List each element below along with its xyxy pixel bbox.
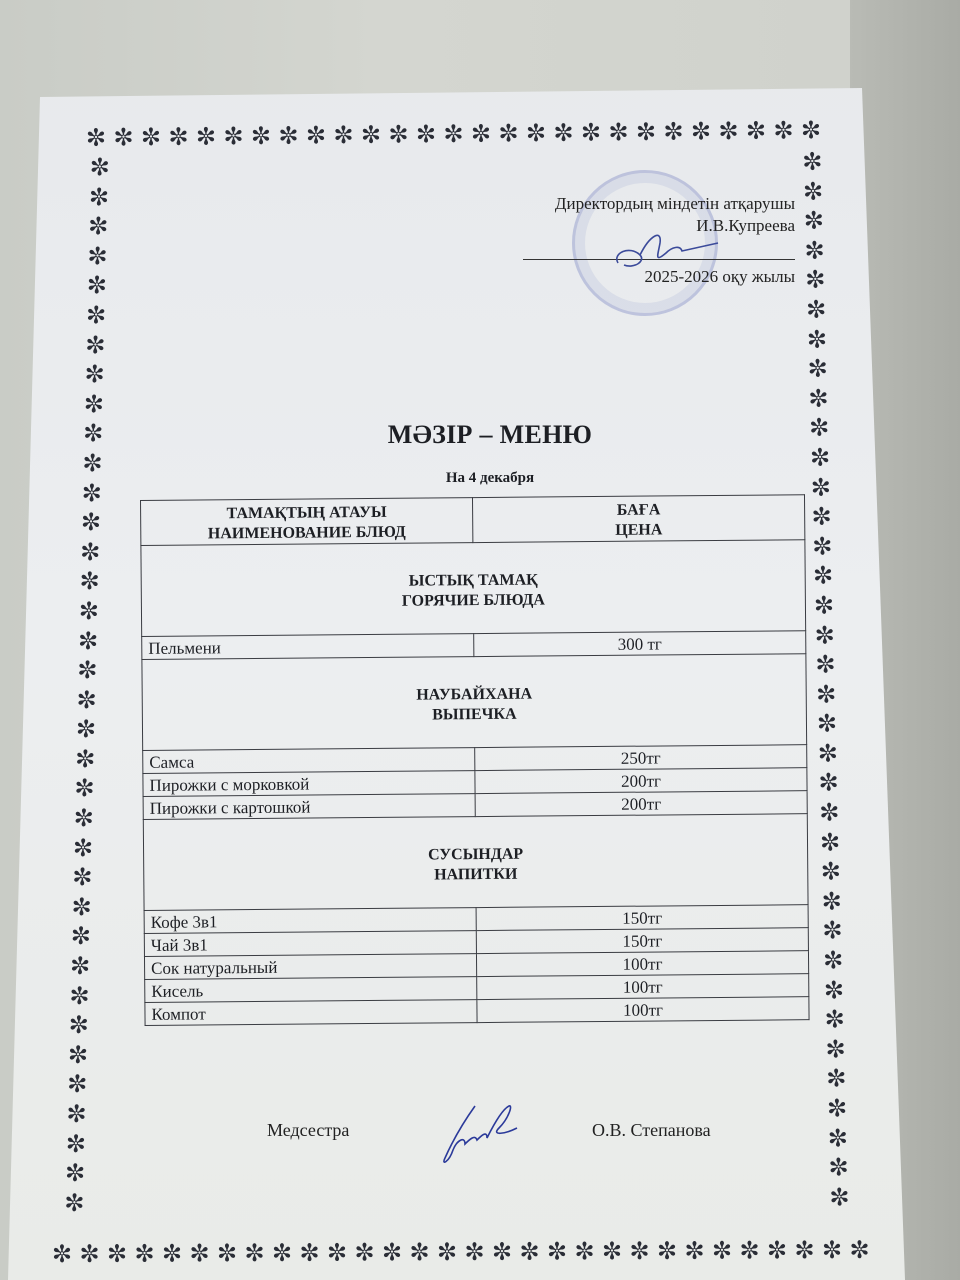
border-star-icon: ✼ (818, 830, 843, 855)
border-star-icon: ✼ (820, 1238, 844, 1262)
border-star-icon: ✼ (812, 623, 837, 648)
border-star-icon: ✼ (66, 1013, 91, 1038)
section-heading: СУСЫНДАРНАПИТКИ (143, 814, 808, 911)
border-star-icon: ✼ (802, 238, 827, 263)
border-star-icon: ✼ (600, 1239, 624, 1263)
border-star-icon: ✼ (76, 628, 101, 653)
border-star-icon: ✼ (86, 214, 111, 239)
border-star-icon: ✼ (815, 741, 840, 766)
signoff-role: Медсестра (267, 1120, 349, 1141)
border-star-icon: ✼ (806, 386, 831, 411)
dish-name: Пирожки с картошкой (143, 794, 475, 820)
border-star-icon: ✼ (221, 124, 245, 148)
table-header-row: ТАМАҚТЫҢ АТАУЫ НАИМЕНОВАНИЕ БЛЮД БАҒА ЦЕ… (141, 495, 805, 546)
border-star-icon: ✼ (810, 534, 835, 559)
page-title: МӘЗІР – МЕНЮ (150, 420, 830, 450)
menu-sheet: ✼✼✼✼✼✼✼✼✼✼✼✼✼✼✼✼✼✼✼✼✼✼✼✼✼✼✼ ✼✼✼✼✼✼✼✼✼✼✼✼… (0, 0, 960, 1280)
header-dish-name-ru: НАИМЕНОВАНИЕ БЛЮД (147, 522, 466, 545)
dish-price: 150тг (476, 928, 808, 954)
border-star-icon: ✼ (79, 510, 104, 535)
border-star-icon: ✼ (847, 1238, 871, 1262)
border-star-icon: ✼ (815, 711, 840, 736)
border-star-icon: ✼ (801, 179, 826, 204)
border-star-icon: ✼ (822, 1007, 847, 1032)
border-star-icon: ✼ (414, 122, 438, 146)
border-star-icon: ✼ (655, 1239, 679, 1263)
border-star-icon: ✼ (359, 123, 383, 147)
border-star-icon: ✼ (462, 1240, 486, 1264)
border-star-icon: ✼ (68, 954, 93, 979)
border-star-icon: ✼ (242, 1241, 266, 1265)
dish-name: Пельмени (142, 634, 474, 660)
border-star-icon: ✼ (331, 123, 355, 147)
border-star-icon: ✼ (50, 1242, 74, 1266)
section-heading-ru: НАПИТКИ (150, 862, 801, 888)
border-star-icon: ✼ (81, 421, 106, 446)
dish-price: 100тг (477, 974, 809, 1000)
decorative-border-right: ✼✼✼✼✼✼✼✼✼✼✼✼✼✼✼✼✼✼✼✼✼✼✼✼✼✼✼✼✼✼✼✼✼✼✼✼ (800, 149, 852, 1209)
border-star-icon: ✼ (634, 120, 658, 144)
section-heading-ru: ГОРЯЧИЕ БЛЮДА (148, 588, 799, 614)
decorative-border-top: ✼✼✼✼✼✼✼✼✼✼✼✼✼✼✼✼✼✼✼✼✼✼✼✼✼✼✼ (84, 118, 823, 150)
header-dish-name-kz: ТАМАҚТЫҢ АТАУЫ (147, 502, 466, 525)
border-star-icon: ✼ (85, 244, 110, 269)
border-star-icon: ✼ (441, 122, 465, 146)
decorative-border-bottom: ✼✼✼✼✼✼✼✼✼✼✼✼✼✼✼✼✼✼✼✼✼✼✼✼✼✼✼✼✼✼ (50, 1238, 872, 1266)
border-star-icon: ✼ (816, 771, 841, 796)
border-star-icon: ✼ (710, 1239, 734, 1263)
border-star-icon: ✼ (817, 800, 842, 825)
border-star-icon: ✼ (63, 1161, 88, 1186)
header-dish-name: ТАМАҚТЫҢ АТАУЫ НАИМЕНОВАНИЕ БЛЮД (141, 498, 473, 546)
border-star-icon: ✼ (716, 119, 740, 143)
header-price-kz: БАҒА (479, 499, 798, 522)
border-star-icon: ✼ (435, 1240, 459, 1264)
border-star-icon: ✼ (64, 1131, 89, 1156)
dish-price: 100тг (476, 951, 808, 977)
border-star-icon: ✼ (606, 120, 630, 144)
border-star-icon: ✼ (469, 122, 493, 146)
border-star-icon: ✼ (72, 776, 97, 801)
border-star-icon: ✼ (820, 919, 845, 944)
border-star-icon: ✼ (524, 121, 548, 145)
border-star-icon: ✼ (84, 303, 109, 328)
dish-name: Кисель (145, 977, 477, 1003)
border-star-icon: ✼ (82, 362, 107, 387)
border-star-icon: ✼ (70, 865, 95, 890)
border-star-icon: ✼ (689, 119, 713, 143)
border-star-icon: ✼ (802, 209, 827, 234)
menu-table-body: ЫСТЫҚ ТАМАҚГОРЯЧИЕ БЛЮДАПельмени300 тгНА… (141, 540, 809, 1026)
nurse-signature-icon (435, 1100, 525, 1170)
border-star-icon: ✼ (132, 1242, 156, 1266)
section-heading: НАУБАЙХАНАВЫПЕЧКА (142, 654, 807, 751)
border-star-icon: ✼ (826, 1126, 851, 1151)
border-star-icon: ✼ (166, 125, 190, 149)
border-star-icon: ✼ (804, 297, 829, 322)
dish-name: Компот (145, 1000, 477, 1026)
border-star-icon: ✼ (69, 924, 94, 949)
dish-name: Сок натуральный (144, 954, 476, 980)
approval-role: Директордың міндетін атқарушы (523, 193, 795, 215)
border-star-icon: ✼ (737, 1238, 761, 1262)
border-star-icon: ✼ (517, 1240, 541, 1264)
section-heading-ru: ВЫПЕЧКА (149, 702, 800, 728)
border-star-icon: ✼ (65, 1072, 90, 1097)
border-star-icon: ✼ (800, 149, 825, 174)
border-star-icon: ✼ (386, 122, 410, 146)
border-star-icon: ✼ (77, 569, 102, 594)
border-star-icon: ✼ (72, 806, 97, 831)
border-star-icon: ✼ (572, 1239, 596, 1263)
border-star-icon: ✼ (805, 356, 830, 381)
border-star-icon: ✼ (87, 155, 112, 180)
dish-price: 200тг (475, 768, 807, 794)
border-star-icon: ✼ (74, 688, 99, 713)
border-star-icon: ✼ (819, 859, 844, 884)
border-star-icon: ✼ (77, 1242, 101, 1266)
border-star-icon: ✼ (75, 658, 100, 683)
border-star-icon: ✼ (105, 1242, 129, 1266)
border-star-icon: ✼ (73, 747, 98, 772)
menu-table: ТАМАҚТЫҢ АТАУЫ НАИМЕНОВАНИЕ БЛЮД БАҒА ЦЕ… (140, 494, 810, 1026)
border-star-icon: ✼ (62, 1190, 87, 1215)
header-price: БАҒА ЦЕНА (472, 495, 804, 543)
border-star-icon: ✼ (139, 125, 163, 149)
border-star-icon: ✼ (352, 1240, 376, 1264)
border-star-icon: ✼ (87, 185, 112, 210)
border-star-icon: ✼ (805, 327, 830, 352)
border-star-icon: ✼ (545, 1239, 569, 1263)
dish-price: 200тг (475, 791, 807, 817)
border-star-icon: ✼ (297, 1241, 321, 1265)
border-star-icon: ✼ (490, 1240, 514, 1264)
border-star-icon: ✼ (74, 717, 99, 742)
border-star-icon: ✼ (69, 895, 94, 920)
dish-price: 300 тг (474, 631, 806, 657)
border-star-icon: ✼ (64, 1102, 89, 1127)
border-star-icon: ✼ (822, 978, 847, 1003)
dish-price: 100тг (477, 997, 809, 1023)
border-star-icon: ✼ (819, 889, 844, 914)
section-row: НАУБАЙХАНАВЫПЕЧКА (142, 654, 807, 751)
dish-name: Чай 3в1 (144, 931, 476, 957)
border-star-icon: ✼ (80, 451, 105, 476)
decorative-border-left: ✼✼✼✼✼✼✼✼✼✼✼✼✼✼✼✼✼✼✼✼✼✼✼✼✼✼✼✼✼✼✼✼✼✼✼✼ (62, 155, 112, 1215)
header-price-ru: ЦЕНА (479, 519, 798, 542)
border-star-icon: ✼ (813, 652, 838, 677)
border-star-icon: ✼ (111, 125, 135, 149)
border-star-icon: ✼ (826, 1155, 851, 1180)
border-star-icon: ✼ (325, 1241, 349, 1265)
border-star-icon: ✼ (825, 1096, 850, 1121)
border-star-icon: ✼ (827, 1185, 852, 1210)
director-signature-icon (610, 225, 720, 275)
border-star-icon: ✼ (380, 1240, 404, 1264)
border-star-icon: ✼ (579, 120, 603, 144)
signoff-name: О.В. Степанова (592, 1120, 711, 1141)
border-star-icon: ✼ (627, 1239, 651, 1263)
border-star-icon: ✼ (249, 124, 273, 148)
border-star-icon: ✼ (812, 593, 837, 618)
border-star-icon: ✼ (799, 118, 823, 142)
border-star-icon: ✼ (85, 273, 110, 298)
section-row: СУСЫНДАРНАПИТКИ (143, 814, 808, 911)
dish-name: Пирожки с морковкой (143, 771, 475, 797)
border-star-icon: ✼ (304, 123, 328, 147)
border-star-icon: ✼ (803, 268, 828, 293)
dish-name: Кофе 3в1 (144, 908, 476, 934)
border-star-icon: ✼ (496, 121, 520, 145)
border-star-icon: ✼ (160, 1241, 184, 1265)
border-star-icon: ✼ (551, 121, 575, 145)
border-star-icon: ✼ (661, 120, 685, 144)
border-star-icon: ✼ (67, 983, 92, 1008)
border-star-icon: ✼ (187, 1241, 211, 1265)
border-star-icon: ✼ (194, 124, 218, 148)
border-star-icon: ✼ (824, 1066, 849, 1091)
border-star-icon: ✼ (814, 682, 839, 707)
border-star-icon: ✼ (771, 118, 795, 142)
border-star-icon: ✼ (682, 1239, 706, 1263)
border-star-icon: ✼ (77, 599, 102, 624)
border-star-icon: ✼ (765, 1238, 789, 1262)
border-star-icon: ✼ (78, 540, 103, 565)
section-heading: ЫСТЫҚ ТАМАҚГОРЯЧИЕ БЛЮДА (141, 540, 806, 637)
border-star-icon: ✼ (821, 948, 846, 973)
table-row: Компот100тг (145, 997, 809, 1026)
border-star-icon: ✼ (811, 564, 836, 589)
border-star-icon: ✼ (66, 1043, 91, 1068)
border-star-icon: ✼ (276, 124, 300, 148)
border-star-icon: ✼ (83, 333, 108, 358)
dish-price: 250тг (475, 745, 807, 771)
border-star-icon: ✼ (407, 1240, 431, 1264)
border-star-icon: ✼ (270, 1241, 294, 1265)
border-star-icon: ✼ (82, 392, 107, 417)
border-star-icon: ✼ (84, 126, 108, 150)
border-star-icon: ✼ (79, 480, 104, 505)
border-star-icon: ✼ (71, 835, 96, 860)
dish-price: 150тг (476, 905, 808, 931)
border-star-icon: ✼ (215, 1241, 239, 1265)
border-star-icon: ✼ (744, 119, 768, 143)
border-star-icon: ✼ (809, 504, 834, 529)
section-row: ЫСТЫҚ ТАМАҚГОРЯЧИЕ БЛЮДА (141, 540, 806, 637)
menu-date: На 4 декабря (150, 470, 830, 487)
border-star-icon: ✼ (792, 1238, 816, 1262)
border-star-icon: ✼ (823, 1037, 848, 1062)
dish-name: Самса (143, 748, 475, 774)
